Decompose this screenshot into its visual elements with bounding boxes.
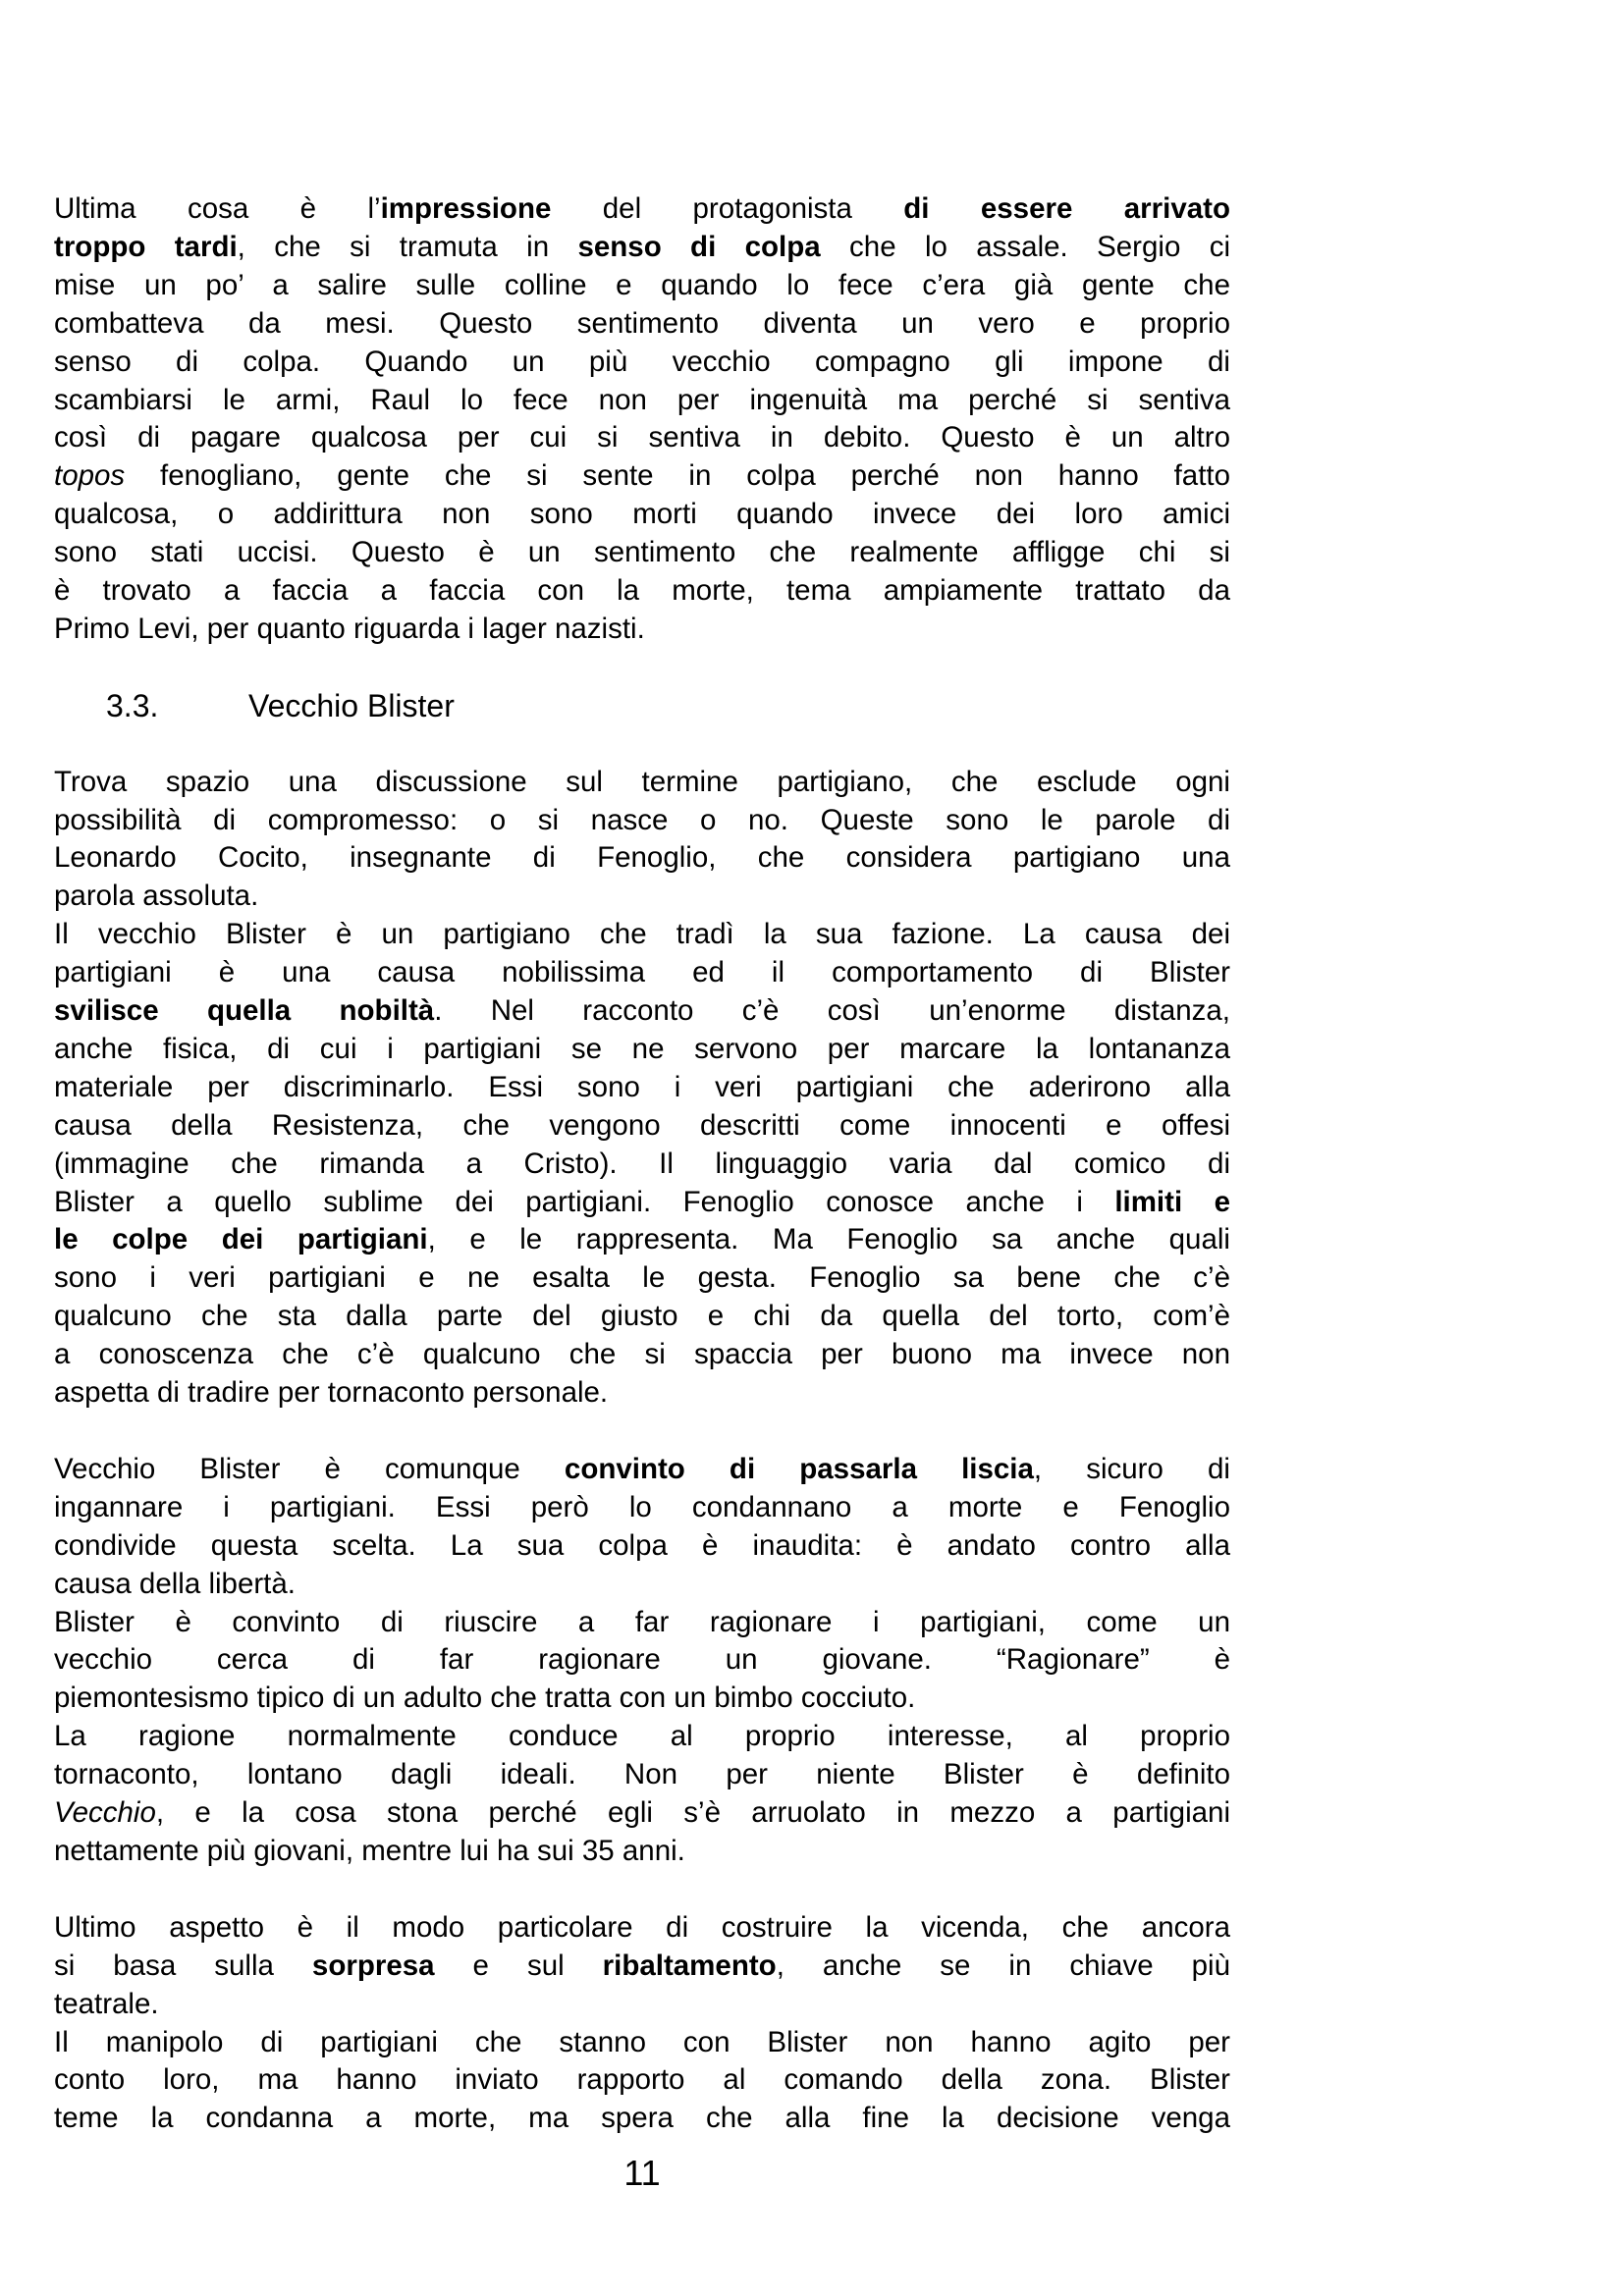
text-line: condivide questa scelta. La sua colpa è …	[54, 1527, 1230, 1566]
paragraph-convinto-di-passarla-liscia: Vecchio Blister è comunque convinto di p…	[54, 1451, 1230, 1871]
text-run: si basa sulla	[54, 1949, 312, 1982]
text-run: Leonardo Cocito, insegnante di Fenoglio,…	[54, 841, 1230, 874]
text-line: ingannare i partigiani. Essi però lo con…	[54, 1489, 1230, 1527]
text-line: topos fenogliano, gente che si sente in …	[54, 457, 1230, 496]
text-run: , anche se in chiave più	[777, 1949, 1230, 1982]
text-line: La ragione normalmente conduce al propri…	[54, 1718, 1230, 1756]
text-run: Blister è convinto di riuscire a far rag…	[54, 1606, 1230, 1638]
text-line: (immagine che rimanda a Cristo). Il ling…	[54, 1146, 1230, 1184]
text-run: qualcuno che sta dalla parte del giusto …	[54, 1300, 1230, 1332]
text-run: Ultima cosa è l’	[54, 192, 381, 225]
bold-text-run: limiti e	[1114, 1186, 1230, 1218]
bold-text-run: convinto di passarla liscia	[565, 1453, 1034, 1485]
text-run: qualcosa, o addirittura non sono morti q…	[54, 498, 1230, 530]
text-run: è trovato a faccia a faccia con la morte…	[54, 574, 1230, 607]
document-body: Ultima cosa è l’impressione del protagon…	[54, 190, 1230, 2138]
text-run: e sul	[435, 1949, 603, 1982]
text-run: conto loro, ma hanno inviato rapporto al…	[54, 2063, 1230, 2096]
text-run: del protagonista	[551, 192, 903, 225]
text-line: qualcosa, o addirittura non sono morti q…	[54, 496, 1230, 534]
text-run: , sicuro di	[1034, 1453, 1230, 1485]
section-heading-title: Vecchio Blister	[248, 688, 455, 723]
document-page: { "page": { "background": "#ffffff", "te…	[0, 0, 1623, 2296]
text-run: sono stati uccisi. Questo è un sentiment…	[54, 536, 1230, 568]
text-run: Ultimo aspetto è il modo particolare di …	[54, 1911, 1230, 1944]
text-run: teatrale.	[54, 1988, 159, 2020]
blank-line	[54, 725, 1230, 764]
blank-line	[54, 1871, 1230, 1909]
text-run: sono i veri partigiani e ne esalta le ge…	[54, 1261, 1230, 1294]
text-run: condivide questa scelta. La sua colpa è …	[54, 1529, 1230, 1562]
text-line: a conoscenza che c’è qualcuno che si spa…	[54, 1336, 1230, 1374]
text-line: scambiarsi le armi, Raul lo fece non per…	[54, 382, 1230, 420]
text-run: Il manipolo di partigiani che stanno con…	[54, 2026, 1230, 2058]
text-run: Il vecchio Blister è un partigiano che t…	[54, 918, 1230, 950]
text-line: Vecchio, e la cosa stona perché egli s’è…	[54, 1794, 1230, 1833]
text-line: parola assoluta.	[54, 878, 1230, 916]
text-run: La ragione normalmente conduce al propri…	[54, 1720, 1230, 1752]
italic-text-run: Vecchio	[54, 1796, 156, 1829]
text-run: Trova spazio una discussione sul termine…	[54, 766, 1230, 798]
text-line: combatteva da mesi. Questo sentimento di…	[54, 305, 1230, 344]
text-run: tornaconto, lontano dagli ideali. Non pe…	[54, 1758, 1230, 1790]
text-line: Leonardo Cocito, insegnante di Fenoglio,…	[54, 839, 1230, 878]
text-run: , e le rappresenta. Ma Fenoglio sa anche…	[428, 1223, 1230, 1255]
text-line: possibilità di compromesso: o si nasce o…	[54, 802, 1230, 840]
text-run: nettamente più giovani, mentre lui ha su…	[54, 1835, 685, 1867]
text-run: partigiani è una causa nobilissima ed il…	[54, 956, 1230, 988]
text-line: Ultimo aspetto è il modo particolare di …	[54, 1909, 1230, 1948]
text-run: fenogliano, gente che si sente in colpa …	[125, 459, 1230, 492]
paragraph-sorpresa-ribaltamento: Ultimo aspetto è il modo particolare di …	[54, 1909, 1230, 2138]
bold-text-run: di essere arrivato	[903, 192, 1230, 225]
text-run: Primo Levi, per quanto riguarda i lager …	[54, 613, 645, 645]
section-heading-number: 3.3.	[106, 687, 248, 725]
paragraph-senso-di-colpa: Ultima cosa è l’impressione del protagon…	[54, 190, 1230, 649]
text-line: nettamente più giovani, mentre lui ha su…	[54, 1833, 1230, 1871]
text-run: che lo assale. Sergio ci	[821, 231, 1230, 263]
text-line: troppo tardi, che si tramuta in senso di…	[54, 229, 1230, 267]
text-run: causa della libertà.	[54, 1568, 296, 1600]
text-line: sono stati uccisi. Questo è un sentiment…	[54, 534, 1230, 572]
text-run: materiale per discriminarlo. Essi sono i…	[54, 1071, 1230, 1103]
text-line: Primo Levi, per quanto riguarda i lager …	[54, 611, 1230, 649]
text-line: causa della Resistenza, che vengono desc…	[54, 1107, 1230, 1146]
text-run: senso di colpa. Quando un più vecchio co…	[54, 346, 1230, 378]
text-run: scambiarsi le armi, Raul lo fece non per…	[54, 384, 1230, 416]
text-line: Ultima cosa è l’impressione del protagon…	[54, 190, 1230, 229]
text-line: partigiani è una causa nobilissima ed il…	[54, 954, 1230, 992]
text-line: Blister a quello sublime dei partigiani.…	[54, 1184, 1230, 1222]
text-line: le colpe dei partigiani, e le rappresent…	[54, 1221, 1230, 1259]
text-run: Vecchio Blister è comunque	[54, 1453, 565, 1485]
text-run: aspetta di tradire per tornaconto person…	[54, 1376, 608, 1409]
text-line: piemontesismo tipico di un adulto che tr…	[54, 1680, 1230, 1718]
text-run: anche fisica, di cui i partigiani se ne …	[54, 1033, 1230, 1065]
text-run: possibilità di compromesso: o si nasce o…	[54, 804, 1230, 836]
text-line: Blister è convinto di riuscire a far rag…	[54, 1604, 1230, 1642]
text-run: causa della Resistenza, che vengono desc…	[54, 1109, 1230, 1142]
text-run: ingannare i partigiani. Essi però lo con…	[54, 1491, 1230, 1523]
text-run: , che si tramuta in	[238, 231, 578, 263]
bold-text-run: ribaltamento	[603, 1949, 777, 1982]
text-line: vecchio cerca di far ragionare un giovan…	[54, 1641, 1230, 1680]
bold-text-run: le colpe dei partigiani	[54, 1223, 428, 1255]
text-run: , e la cosa stona perché egli s’è arruol…	[156, 1796, 1230, 1829]
text-run: . Nel racconto c’è così un’enorme distan…	[434, 994, 1230, 1027]
section-heading: 3.3.Vecchio Blister	[54, 687, 1230, 725]
text-run: vecchio cerca di far ragionare un giovan…	[54, 1643, 1230, 1676]
text-run: piemontesismo tipico di un adulto che tr…	[54, 1682, 915, 1714]
text-run: (immagine che rimanda a Cristo). Il ling…	[54, 1148, 1230, 1180]
text-line: senso di colpa. Quando un più vecchio co…	[54, 344, 1230, 382]
text-line: Il manipolo di partigiani che stanno con…	[54, 2024, 1230, 2062]
text-line: materiale per discriminarlo. Essi sono i…	[54, 1069, 1230, 1107]
text-run: a conoscenza che c’è qualcuno che si spa…	[54, 1338, 1230, 1370]
text-line: Il vecchio Blister è un partigiano che t…	[54, 916, 1230, 954]
text-line: teatrale.	[54, 1986, 1230, 2024]
text-line: aspetta di tradire per tornaconto person…	[54, 1374, 1230, 1413]
bold-text-run: troppo tardi	[54, 231, 238, 263]
text-run: teme la condanna a morte, ma spera che a…	[54, 2102, 1230, 2134]
text-line: Trova spazio una discussione sul termine…	[54, 764, 1230, 802]
text-line: svilisce quella nobiltà. Nel racconto c’…	[54, 992, 1230, 1031]
text-line: anche fisica, di cui i partigiani se ne …	[54, 1031, 1230, 1069]
blank-line	[54, 1413, 1230, 1451]
text-line: conto loro, ma hanno inviato rapporto al…	[54, 2061, 1230, 2100]
text-run: Blister a quello sublime dei partigiani.…	[54, 1186, 1114, 1218]
text-line: qualcuno che sta dalla parte del giusto …	[54, 1298, 1230, 1336]
text-line: è trovato a faccia a faccia con la morte…	[54, 572, 1230, 611]
text-run: così di pagare qualcosa per cui si senti…	[54, 421, 1230, 454]
text-line: teme la condanna a morte, ma spera che a…	[54, 2100, 1230, 2138]
bold-text-run: sorpresa	[312, 1949, 435, 1982]
text-run: parola assoluta.	[54, 880, 258, 912]
blank-line	[54, 649, 1230, 687]
text-line: Vecchio Blister è comunque convinto di p…	[54, 1451, 1230, 1489]
text-line: mise un po’ a salire sulle colline e qua…	[54, 267, 1230, 305]
paragraph-termine-partigiano: Trova spazio una discussione sul termine…	[54, 764, 1230, 1413]
bold-text-run: svilisce quella nobiltà	[54, 994, 434, 1027]
text-line: così di pagare qualcosa per cui si senti…	[54, 419, 1230, 457]
text-line: sono i veri partigiani e ne esalta le ge…	[54, 1259, 1230, 1298]
italic-text-run: topos	[54, 459, 125, 492]
page-number: 11	[54, 2154, 1230, 2193]
text-run: mise un po’ a salire sulle colline e qua…	[54, 269, 1230, 301]
bold-text-run: impressione	[381, 192, 552, 225]
bold-text-run: senso di colpa	[577, 231, 820, 263]
text-line: tornaconto, lontano dagli ideali. Non pe…	[54, 1756, 1230, 1794]
text-line: causa della libertà.	[54, 1566, 1230, 1604]
text-line: si basa sulla sorpresa e sul ribaltament…	[54, 1948, 1230, 1986]
text-run: combatteva da mesi. Questo sentimento di…	[54, 307, 1230, 340]
